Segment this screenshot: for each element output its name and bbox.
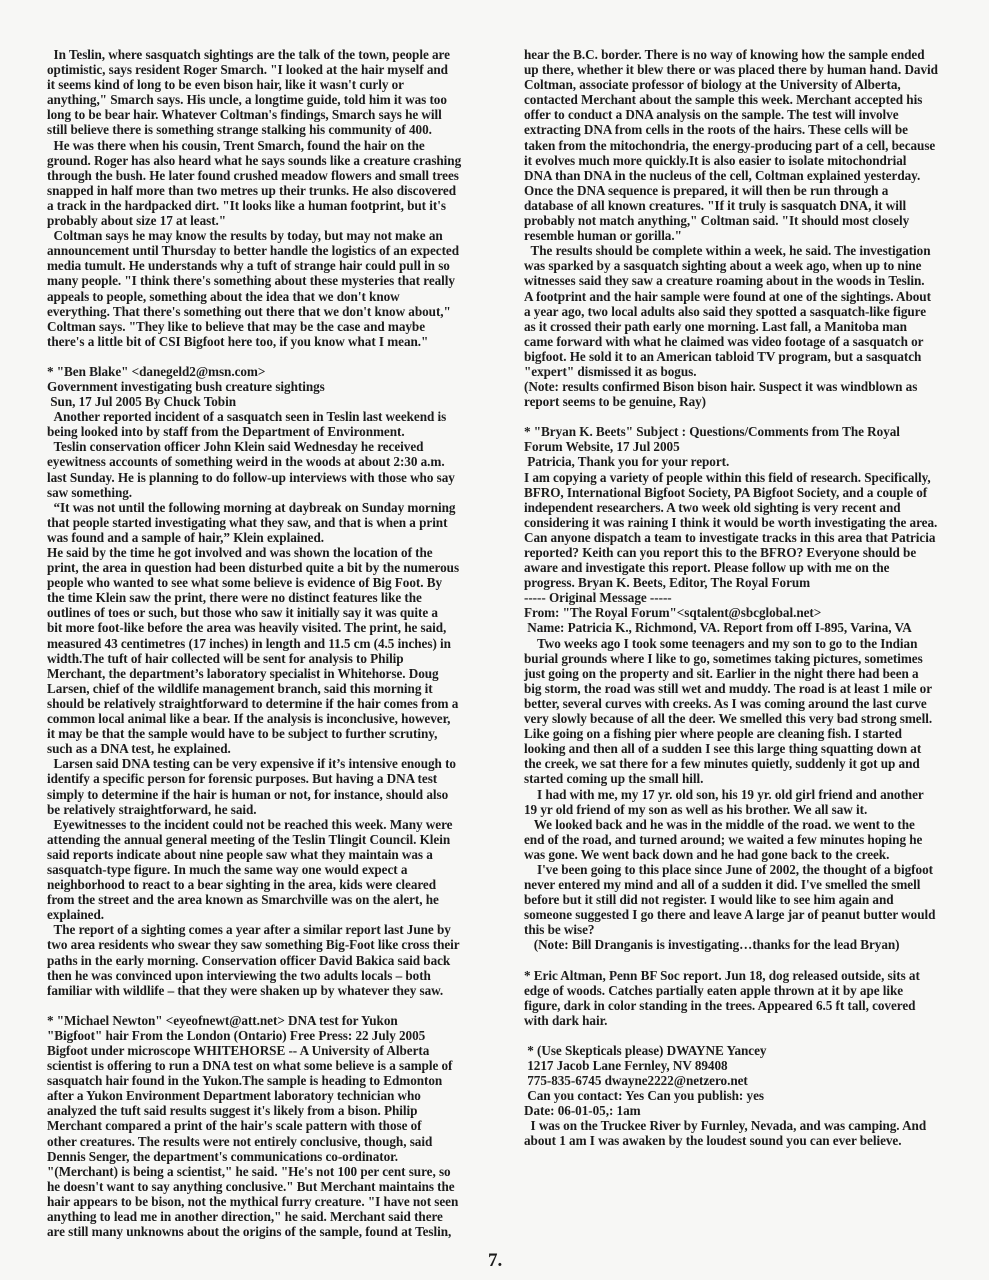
text-line: many people. "I think there's something … <box>47 273 485 288</box>
text-line: Once the DNA sequence is prepared, it wi… <box>524 183 952 198</box>
text-line: hair appears to be bison, not the mythic… <box>47 1194 485 1209</box>
text-line: after a Yukon Environment Department lab… <box>47 1088 485 1103</box>
text-line: I've been going to this place since June… <box>524 862 952 877</box>
text-line: people who wanted to see what some belie… <box>47 575 485 590</box>
text-line: A footprint and the hair sample were fou… <box>524 289 952 304</box>
text-line: being looked into by staff from the Depa… <box>47 424 485 439</box>
text-line: before but it still did not register. I … <box>524 892 952 907</box>
text-line: figure, dark in color standing in the tr… <box>524 998 952 1013</box>
text-line: announcement until Thursday to better ha… <box>47 243 485 258</box>
text-line: this be wise? <box>524 922 952 937</box>
text-line: The results should be complete within a … <box>524 243 952 258</box>
text-line: explained. <box>47 907 485 922</box>
text-line: should be relatively straightforward to … <box>47 696 485 711</box>
text-line: bigfoot. He sold it to an American tablo… <box>524 349 952 364</box>
text-line: “It was not until the following morning … <box>47 500 485 515</box>
paragraph-gap <box>524 953 952 968</box>
text-line: Forum Website, 17 Jul 2005 <box>524 439 952 454</box>
text-line: started coming up the small hill. <box>524 771 952 786</box>
text-line: just going on the property and sit. Earl… <box>524 666 952 681</box>
text-line: (Note: results confirmed Bison bison hai… <box>524 379 952 394</box>
text-line: Government investigating bush creature s… <box>47 379 485 394</box>
text-line: about 1 am I was awaken by the loudest s… <box>524 1133 952 1148</box>
text-line: (Note: Bill Dranganis is investigating…t… <box>524 937 952 952</box>
text-line: * "Ben Blake" <danegeld2@msn.com> <box>47 364 485 379</box>
text-line: sasquatch-type figure. In much the same … <box>47 862 485 877</box>
text-line: The report of a sighting comes a year af… <box>47 922 485 937</box>
text-line: reported? Keith can you report this to t… <box>524 545 952 560</box>
text-line: probably about size 17 at least." <box>47 213 485 228</box>
text-line: neighborhood to react to a bear sighting… <box>47 877 485 892</box>
text-line: print, the area in question had been dis… <box>47 560 485 575</box>
text-line: outlines of toes or such, but those who … <box>47 605 485 620</box>
text-line: Patricia, Thank you for your report. <box>524 454 952 469</box>
text-line: that people started investigating what t… <box>47 515 485 530</box>
text-line: I was on the Truckee River by Furnley, N… <box>524 1118 952 1133</box>
text-line: Name: Patricia K., Richmond, VA. Report … <box>524 620 952 635</box>
paragraph-gap <box>47 998 485 1013</box>
text-line: Coltman says he may know the results by … <box>47 228 485 243</box>
text-line: witnesses said they saw a creature roami… <box>524 273 952 288</box>
text-line: Can anyone dispatch a team to investigat… <box>524 530 952 545</box>
text-line: better, several curves with creeks. As I… <box>524 696 952 711</box>
text-line: it may be that the sample would have to … <box>47 726 485 741</box>
text-line: up there, whether it blew there or was p… <box>524 62 952 77</box>
text-line: Two weeks ago I took some teenagers and … <box>524 636 952 651</box>
text-line: Merchant, the department’s laboratory sp… <box>47 666 485 681</box>
left-column: In Teslin, where sasquatch sightings are… <box>47 47 485 1239</box>
text-line: In Teslin, where sasquatch sightings are… <box>47 47 485 62</box>
text-line: measured 43 centimetres (17 inches) in l… <box>47 636 485 651</box>
text-line: We looked back and he was in the middle … <box>524 817 952 832</box>
text-line: "Bigfoot" hair From the London (Ontario)… <box>47 1028 485 1043</box>
text-line: be relatively straightforward, he said. <box>47 802 485 817</box>
text-line: someone suggested I go there and leave A… <box>524 907 952 922</box>
text-line: Dennis Senger, the department's communic… <box>47 1149 485 1164</box>
text-line: everything. That there's something out t… <box>47 304 485 319</box>
text-line: media tumult. He understands why a tuft … <box>47 258 485 273</box>
text-line: Eyewitnesses to the incident could not b… <box>47 817 485 832</box>
text-line: * "Michael Newton" <eyeofnewt@att.net> D… <box>47 1013 485 1028</box>
text-line: edge of woods. Catches partially eaten a… <box>524 983 952 998</box>
text-line: common local animal like a bear. If the … <box>47 711 485 726</box>
text-line: Larsen, chief of the wildlife management… <box>47 681 485 696</box>
text-line: anything to lead me in another direction… <box>47 1209 485 1224</box>
text-line: Date: 06-01-05,: 1am <box>524 1103 952 1118</box>
text-line: hear the B.C. border. There is no way of… <box>524 47 952 62</box>
text-line: was found and a sample of hair,” Klein e… <box>47 530 485 545</box>
text-line: 1217 Jacob Lane Fernley, NV 89408 <box>524 1058 952 1073</box>
text-line: anything," Smarch says. His uncle, a lon… <box>47 92 485 107</box>
text-line: with dark hair. <box>524 1013 952 1028</box>
text-line: offer to conduct a DNA analysis on the s… <box>524 107 952 122</box>
text-line: considering it was raining I think it wo… <box>524 515 952 530</box>
page-number: 7. <box>488 1250 502 1272</box>
right-column: hear the B.C. border. There is no way of… <box>524 47 952 1149</box>
text-line: Larsen said DNA testing can be very expe… <box>47 756 485 771</box>
text-line: probably not match anything," Coltman sa… <box>524 213 952 228</box>
text-line: * Eric Altman, Penn BF Soc report. Jun 1… <box>524 968 952 983</box>
text-line: big storm, the road was still wet and mu… <box>524 681 952 696</box>
text-line: * (Use Skepticals please) DWAYNE Yancey <box>524 1043 952 1058</box>
text-line: contacted Merchant about the sample this… <box>524 92 952 107</box>
text-line: BFRO, International Bigfoot Society, PA … <box>524 485 952 500</box>
text-line: independent researchers. A two week old … <box>524 500 952 515</box>
text-line: Another reported incident of a sasquatch… <box>47 409 485 424</box>
paragraph-gap <box>524 1028 952 1043</box>
text-line: attending the annual general meeting of … <box>47 832 485 847</box>
text-line: still believe there is something strange… <box>47 122 485 137</box>
text-line: He said by the time he got involved and … <box>47 545 485 560</box>
text-line: bit more foot-like before the area was h… <box>47 620 485 635</box>
text-line: identify a specific person for forensic … <box>47 771 485 786</box>
text-line: DNA than DNA in the nucleus of the cell,… <box>524 168 952 183</box>
text-line: Can you contact: Yes Can you publish: ye… <box>524 1088 952 1103</box>
text-line: appeals to people, something about the i… <box>47 289 485 304</box>
text-line: last Sunday. He is planning to do follow… <box>47 470 485 485</box>
text-line: Bigfoot under microscope WHITEHORSE -- A… <box>47 1043 485 1058</box>
text-line: looking and then all of a sudden I see t… <box>524 741 952 756</box>
text-line: 19 yr old friend of my son as well as hi… <box>524 802 952 817</box>
text-line: eyewitness accounts of something weird i… <box>47 454 485 469</box>
text-line: Coltman, associate professor of biology … <box>524 77 952 92</box>
text-line: it seems kind of long to be even bison h… <box>47 77 485 92</box>
text-line: said reports indicate about nine people … <box>47 847 485 862</box>
text-line: he doesn't want to say anything conclusi… <box>47 1179 485 1194</box>
text-line: came forward with what he claimed was vi… <box>524 334 952 349</box>
text-line: I had with me, my 17 yr. old son, his 19… <box>524 787 952 802</box>
text-line: it evolves much more quickly.It is also … <box>524 153 952 168</box>
text-line: familiar with wildlife – that they were … <box>47 983 485 998</box>
text-line: such as a DNA test, he explained. <box>47 741 485 756</box>
text-line: never entered my mind and all of a sudde… <box>524 877 952 892</box>
text-line: "expert" dismissed it as bogus. <box>524 364 952 379</box>
text-line: analyzed the tuft said results suggest i… <box>47 1103 485 1118</box>
text-line: end of the road, and turned around; we w… <box>524 832 952 847</box>
text-line: as it crossed their path early one morni… <box>524 319 952 334</box>
text-line: ----- Original Message ----- <box>524 590 952 605</box>
text-line: database of all known creatures. "If it … <box>524 198 952 213</box>
text-line: simply to determine if the hair is human… <box>47 787 485 802</box>
text-line: other creatures. The results were not en… <box>47 1134 485 1149</box>
text-line: Like going on a fishing pier where peopl… <box>524 726 952 741</box>
text-line: through the bush. He later found crushed… <box>47 168 485 183</box>
text-line: Coltman says. "They like to believe that… <box>47 319 485 334</box>
text-line: 775-835-6745 dwayne2222@netzero.net <box>524 1073 952 1088</box>
text-line: Sun, 17 Jul 2005 By Chuck Tobin <box>47 394 485 409</box>
text-line: Teslin conservation officer John Klein s… <box>47 439 485 454</box>
text-line: are still many unknowns about the origin… <box>47 1224 485 1239</box>
text-line: snapped in half more than two metres up … <box>47 183 485 198</box>
paragraph-gap <box>524 409 952 424</box>
text-line: from the street and the area known as Sm… <box>47 892 485 907</box>
text-line: ground. Roger has also heard what he say… <box>47 153 485 168</box>
text-line: extracting DNA from cells in the roots o… <box>524 122 952 137</box>
text-line: the time Klein saw the print, there were… <box>47 590 485 605</box>
text-line: paths in the early morning. Conservation… <box>47 953 485 968</box>
paragraph-gap <box>47 349 485 364</box>
text-line: Merchant compared a print of the hair's … <box>47 1118 485 1133</box>
text-line: there's a little bit of CSI Bigfoot here… <box>47 334 485 349</box>
text-line: was gone. We went back down and he had g… <box>524 847 952 862</box>
text-line: He was there when his cousin, Trent Smar… <box>47 138 485 153</box>
text-line: aware and investigate this report. Pleas… <box>524 560 952 575</box>
text-line: taken from the mitochondria, the energy-… <box>524 138 952 153</box>
text-line: a track in the hardpacked dirt. "It look… <box>47 198 485 213</box>
text-line: From: "The Royal Forum"<sqtalent@sbcglob… <box>524 605 952 620</box>
text-line: width.The tuft of hair collected will be… <box>47 651 485 666</box>
text-line: saw something. <box>47 485 485 500</box>
text-line: resemble human or gorilla." <box>524 228 952 243</box>
text-line: I am copying a variety of people within … <box>524 470 952 485</box>
text-line: two area residents who swear they saw so… <box>47 937 485 952</box>
text-line: progress. Bryan K. Beets, Editor, The Ro… <box>524 575 952 590</box>
text-line: was sparked by a sasquatch sighting abou… <box>524 258 952 273</box>
text-line: scientist is offering to run a DNA test … <box>47 1058 485 1073</box>
text-line: very slowly because of all the deer. We … <box>524 711 952 726</box>
text-line: the creek, we sat there for a few minute… <box>524 756 952 771</box>
text-line: sasquatch hair found in the Yukon.The sa… <box>47 1073 485 1088</box>
text-line: long to be bear hair. Whatever Coltman's… <box>47 107 485 122</box>
text-line: "(Merchant) is being a scientist," he sa… <box>47 1164 485 1179</box>
text-line: * "Bryan K. Beets" Subject : Questions/C… <box>524 424 952 439</box>
text-line: report seems to be genuine, Ray) <box>524 394 952 409</box>
text-line: optimistic, says resident Roger Smarch. … <box>47 62 485 77</box>
text-line: then he was convinced upon interviewing … <box>47 968 485 983</box>
text-line: a year ago, two local adults also said t… <box>524 304 952 319</box>
text-line: burial grounds where I like to go, somet… <box>524 651 952 666</box>
